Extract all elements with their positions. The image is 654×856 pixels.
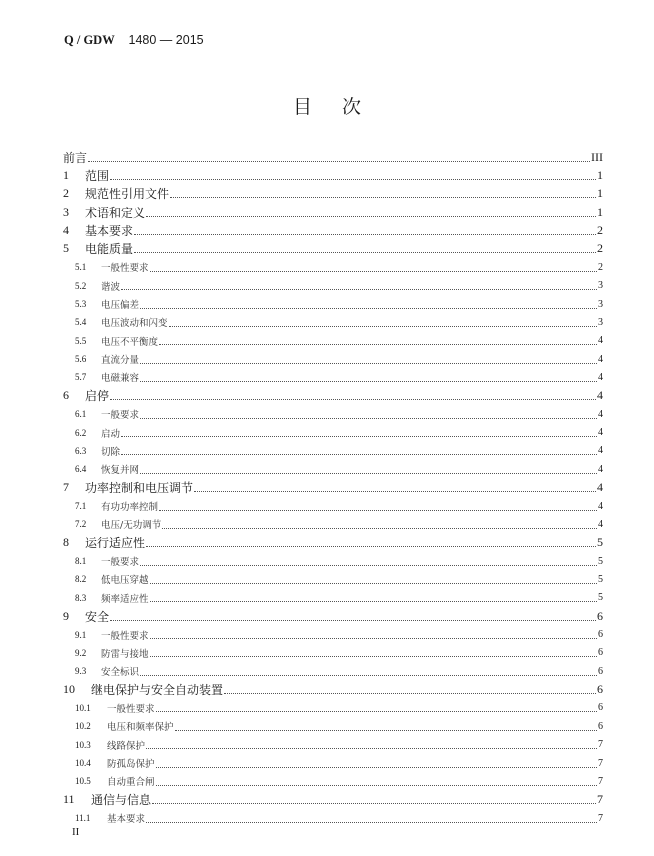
toc-entry-page: 2 <box>597 223 603 238</box>
dot-leader <box>156 755 597 768</box>
dot-leader <box>140 296 597 309</box>
toc-entry-page: 5 <box>598 574 603 585</box>
toc-entry-number: 10.4 <box>75 758 107 768</box>
toc-entry[interactable]: 6.3切除4 <box>63 442 603 460</box>
toc-entry-number: 9.1 <box>75 630 101 640</box>
dot-leader <box>110 608 596 621</box>
dot-leader <box>134 222 596 235</box>
dot-leader <box>140 369 597 382</box>
toc-entry[interactable]: 11通信与信息7 <box>63 791 603 809</box>
toc-entry-label: 电压不平衡度 <box>101 334 158 348</box>
toc-entry-label: 电压/无功调节 <box>101 517 161 531</box>
dot-leader <box>140 406 597 419</box>
toc-entry-page: 6 <box>598 666 603 677</box>
toc-entry-number: 6.2 <box>75 428 101 438</box>
toc-entry-page: 4 <box>597 480 603 495</box>
dot-leader <box>150 259 597 272</box>
title-char-1: 目 <box>293 92 312 119</box>
toc-entry[interactable]: 8.1一般要求5 <box>63 552 603 570</box>
toc-entry-label: 恢复并网 <box>101 462 139 476</box>
toc-entry-page: 2 <box>597 241 603 256</box>
toc-entry-label: 电能质量 <box>85 240 133 257</box>
toc-entry[interactable]: 10.4防孤岛保护7 <box>63 754 603 772</box>
table-of-contents: 前言III1范围12规范性引用文件13术语和定义14基本要求25电能质量25.1… <box>63 148 603 827</box>
dot-leader <box>134 240 596 253</box>
toc-entry-page: 5 <box>598 592 603 603</box>
toc-entry-number: 5.3 <box>75 299 101 309</box>
toc-entry-page: 6 <box>598 647 603 658</box>
toc-entry-label: 防孤岛保护 <box>107 756 155 770</box>
title-char-2: 次 <box>342 92 361 119</box>
toc-entry-label: 继电保护与安全自动装置 <box>91 681 223 698</box>
dot-leader <box>162 516 597 529</box>
toc-entry[interactable]: 7.2电压/无功调节4 <box>63 515 603 533</box>
toc-entry-page: 6 <box>598 629 603 640</box>
toc-entry-number: 9 <box>63 609 85 624</box>
toc-entry-page: 6 <box>598 721 603 732</box>
toc-entry[interactable]: 5.3电压偏差3 <box>63 295 603 313</box>
toc-entry-page: 6 <box>597 609 603 624</box>
toc-entry-page: 7 <box>598 813 603 824</box>
toc-entry[interactable]: 6.4恢复并网4 <box>63 460 603 478</box>
toc-entry-label: 一般要求 <box>101 554 139 568</box>
toc-entry-page: 4 <box>598 501 603 512</box>
toc-entry-page: 3 <box>598 280 603 291</box>
toc-entry[interactable]: 9.2防雷与接地6 <box>63 644 603 662</box>
toc-entry-label: 一般性要求 <box>107 701 155 715</box>
toc-entry[interactable]: 7功率控制和电压调节4 <box>63 478 603 496</box>
toc-entry-number: 6.4 <box>75 464 101 474</box>
toc-entry-page: 6 <box>598 702 603 713</box>
toc-entry-label: 启动 <box>101 426 120 440</box>
toc-entry[interactable]: 5.2谐波3 <box>63 277 603 295</box>
dot-leader <box>150 571 597 584</box>
toc-entry-label: 自动重合闸 <box>107 774 155 788</box>
toc-entry-number: 5.6 <box>75 354 101 364</box>
standard-number: 1480 — 2015 <box>129 33 204 47</box>
toc-entry-page: 5 <box>598 556 603 567</box>
dot-leader <box>110 387 596 400</box>
toc-entry[interactable]: 1范围1 <box>63 166 603 184</box>
toc-entry-page: 4 <box>598 427 603 438</box>
toc-entry-label: 防雷与接地 <box>101 646 149 660</box>
toc-entry[interactable]: 10.5自动重合闸7 <box>63 772 603 790</box>
toc-entry-number: 10.2 <box>75 721 107 731</box>
dot-leader <box>121 424 597 437</box>
toc-entry-page: 1 <box>597 205 603 220</box>
toc-entry[interactable]: 6启停4 <box>63 387 603 405</box>
toc-entry-number: 5.1 <box>75 262 101 272</box>
document-header: Q / GDW 1480 — 2015 <box>64 33 204 48</box>
toc-entry-number: 6.1 <box>75 409 101 419</box>
toc-entry[interactable]: 9安全6 <box>63 607 603 625</box>
toc-entry-number: 8.3 <box>75 593 101 603</box>
toc-entry-page: 7 <box>598 776 603 787</box>
toc-entry-number: 10.5 <box>75 776 107 786</box>
toc-entry-label: 电磁兼容 <box>101 370 139 384</box>
toc-entry-label: 运行适应性 <box>85 534 145 551</box>
toc-entry-page: 6 <box>597 682 603 697</box>
toc-entry-number: 6.3 <box>75 446 101 456</box>
toc-entry-number: 5.2 <box>75 281 101 291</box>
toc-entry[interactable]: 8.3频率适应性5 <box>63 589 603 607</box>
dot-leader <box>156 773 597 786</box>
toc-entry-label: 线路保护 <box>107 738 145 752</box>
toc-entry-label: 切除 <box>101 444 120 458</box>
toc-entry[interactable]: 2规范性引用文件1 <box>63 185 603 203</box>
dot-leader <box>110 167 596 180</box>
toc-entry[interactable]: 8.2低电压穿越5 <box>63 570 603 588</box>
dot-leader <box>146 810 597 823</box>
dot-leader <box>121 277 597 290</box>
dot-leader <box>140 663 597 676</box>
toc-entry[interactable]: 前言III <box>63 148 603 166</box>
toc-entry-page: 3 <box>598 299 603 310</box>
toc-entry-number: 5.5 <box>75 336 101 346</box>
dot-leader <box>140 461 597 474</box>
toc-entry[interactable]: 9.1一般性要求6 <box>63 625 603 643</box>
toc-entry-label: 一般要求 <box>101 407 139 421</box>
toc-entry-page: 1 <box>597 186 603 201</box>
toc-entry-number: 10.3 <box>75 740 107 750</box>
toc-entry-number: 7 <box>63 480 85 495</box>
toc-entry-label: 通信与信息 <box>91 791 151 808</box>
toc-entry[interactable]: 5.5电压不平衡度4 <box>63 332 603 350</box>
toc-entry-label: 电压偏差 <box>101 297 139 311</box>
page-number-footer: II <box>72 826 79 838</box>
toc-entry-number: 4 <box>63 223 85 238</box>
toc-entry[interactable]: 7.1有功功率控制4 <box>63 497 603 515</box>
dot-leader <box>150 644 597 657</box>
toc-entry-number: 10.1 <box>75 703 107 713</box>
toc-entry[interactable]: 9.3安全标识6 <box>63 662 603 680</box>
toc-entry-page: 3 <box>598 317 603 328</box>
toc-entry-number: 9.3 <box>75 666 101 676</box>
dot-leader <box>170 185 596 198</box>
toc-entry[interactable]: 6.2启动4 <box>63 423 603 441</box>
toc-entry[interactable]: 6.1一般要求4 <box>63 405 603 423</box>
dot-leader <box>140 351 597 364</box>
toc-entry-label: 一般性要求 <box>101 628 149 642</box>
toc-entry[interactable]: 10.2电压和频率保护6 <box>63 717 603 735</box>
toc-entry-number: 8 <box>63 535 85 550</box>
toc-entry-label: 谐波 <box>101 279 120 293</box>
dot-leader <box>146 204 596 217</box>
toc-entry-label: 前言 <box>63 149 87 166</box>
toc-entry-label: 安全 <box>85 608 109 625</box>
standard-code: Q / GDW <box>64 33 115 47</box>
toc-entry-number: 11 <box>63 792 91 807</box>
toc-entry[interactable]: 10.3线路保护7 <box>63 736 603 754</box>
toc-entry-number: 11.1 <box>75 813 107 823</box>
dot-leader <box>146 534 596 547</box>
toc-entry-label: 电压波动和闪变 <box>101 315 168 329</box>
dot-leader <box>152 791 596 804</box>
dot-leader <box>121 442 597 455</box>
toc-entry-label: 规范性引用文件 <box>85 185 169 202</box>
toc-entry-number: 10 <box>63 682 91 697</box>
dot-leader <box>150 626 597 639</box>
toc-entry-label: 基本要求 <box>107 811 145 825</box>
toc-entry-label: 有功功率控制 <box>101 499 158 513</box>
toc-entry-number: 8.2 <box>75 574 101 584</box>
toc-entry-label: 术语和定义 <box>85 204 145 221</box>
dot-leader <box>194 479 596 492</box>
toc-entry-number: 5.4 <box>75 317 101 327</box>
toc-entry-page: 5 <box>597 535 603 550</box>
toc-entry-number: 3 <box>63 205 85 220</box>
toc-entry[interactable]: 5.4电压波动和闪变3 <box>63 313 603 331</box>
toc-entry-page: 2 <box>598 262 603 273</box>
toc-entry-page: 7 <box>598 758 603 769</box>
toc-entry-page: 7 <box>598 739 603 750</box>
toc-entry-label: 范围 <box>85 167 109 184</box>
toc-entry-page: 7 <box>597 792 603 807</box>
toc-entry-number: 6 <box>63 388 85 403</box>
toc-entry[interactable]: 8运行适应性5 <box>63 534 603 552</box>
toc-entry[interactable]: 10.1一般性要求6 <box>63 699 603 717</box>
toc-entry-page: 4 <box>597 388 603 403</box>
toc-entry[interactable]: 5.1一般性要求2 <box>63 258 603 276</box>
toc-entry-number: 8.1 <box>75 556 101 566</box>
toc-entry-page: 4 <box>598 409 603 420</box>
dot-leader <box>146 736 597 749</box>
toc-entry-number: 1 <box>63 168 85 183</box>
toc-entry-number: 5 <box>63 241 85 256</box>
toc-entry-label: 电压和频率保护 <box>107 719 174 733</box>
toc-entry[interactable]: 4基本要求2 <box>63 221 603 239</box>
toc-entry-page: 4 <box>598 445 603 456</box>
toc-entry-label: 频率适应性 <box>101 591 149 605</box>
toc-entry-label: 基本要求 <box>85 222 133 239</box>
toc-entry-label: 直流分量 <box>101 352 139 366</box>
dot-leader <box>175 718 597 731</box>
toc-entry-number: 2 <box>63 186 85 201</box>
dot-leader <box>169 314 597 327</box>
toc-entry[interactable]: 5.6直流分量4 <box>63 350 603 368</box>
toc-entry-page: 4 <box>598 464 603 475</box>
page-title: 目次 <box>0 92 654 119</box>
toc-entry-page: III <box>591 150 603 165</box>
toc-entry-page: 1 <box>597 168 603 183</box>
toc-entry-page: 4 <box>598 354 603 365</box>
toc-entry-page: 4 <box>598 519 603 530</box>
dot-leader <box>156 699 597 712</box>
toc-entry[interactable]: 11.1基本要求7 <box>63 809 603 827</box>
toc-entry-number: 9.2 <box>75 648 101 658</box>
toc-entry-number: 7.1 <box>75 501 101 511</box>
dot-leader <box>224 681 596 694</box>
toc-entry[interactable]: 5电能质量2 <box>63 240 603 258</box>
toc-entry-number: 7.2 <box>75 519 101 529</box>
dot-leader <box>159 498 597 511</box>
dot-leader <box>159 332 597 345</box>
toc-entry-label: 功率控制和电压调节 <box>85 479 193 496</box>
toc-entry-label: 安全标识 <box>101 664 139 678</box>
toc-entry-label: 低电压穿越 <box>101 572 149 586</box>
dot-leader <box>140 553 597 566</box>
toc-entry-label: 启停 <box>85 387 109 404</box>
toc-entry-page: 4 <box>598 372 603 383</box>
toc-entry-label: 一般性要求 <box>101 260 149 274</box>
dot-leader <box>88 149 590 162</box>
toc-entry[interactable]: 3术语和定义1 <box>63 203 603 221</box>
toc-entry-page: 4 <box>598 335 603 346</box>
toc-entry-number: 5.7 <box>75 372 101 382</box>
toc-entry[interactable]: 5.7电磁兼容4 <box>63 368 603 386</box>
toc-entry[interactable]: 10继电保护与安全自动装置6 <box>63 680 603 698</box>
dot-leader <box>150 589 597 602</box>
